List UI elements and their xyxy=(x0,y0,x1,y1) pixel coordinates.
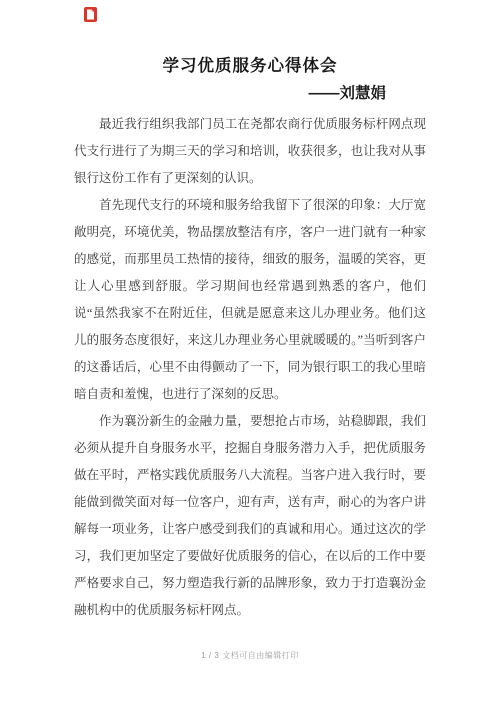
site-logo-badge xyxy=(84,7,97,22)
footer-note: 文档可自由编辑打印 xyxy=(222,651,299,660)
page-footer: 1 / 3文档可自由编辑打印 xyxy=(0,650,500,661)
paragraph-2: 首先现代支行的环境和服务给我留下了很深的印象：大厅宽敞明亮，环境优美，物品摆放整… xyxy=(74,192,426,408)
document-logo-icon xyxy=(86,9,95,20)
document-page: 学习优质服务心得体会 ——刘慧娟 最近我行组织我部门员工在尧都农商行优质服务标杆… xyxy=(0,0,500,708)
page-number-indicator: 1 / 3 xyxy=(201,651,219,660)
paragraph-3: 作为襄汾新生的金融力量，要想抢占市场，站稳脚跟，我们必须从提升自身服务水平，挖掘… xyxy=(74,408,426,624)
document-body: 最近我行组织我部门员工在尧都农商行优质服务标杆网点现代支行进行了为期三天的学习和… xyxy=(74,111,426,624)
paragraph-1: 最近我行组织我部门员工在尧都农商行优质服务标杆网点现代支行进行了为期三天的学习和… xyxy=(74,111,426,192)
page-title: 学习优质服务心得体会 xyxy=(0,0,500,77)
author-byline: ——刘慧娟 xyxy=(0,85,500,103)
